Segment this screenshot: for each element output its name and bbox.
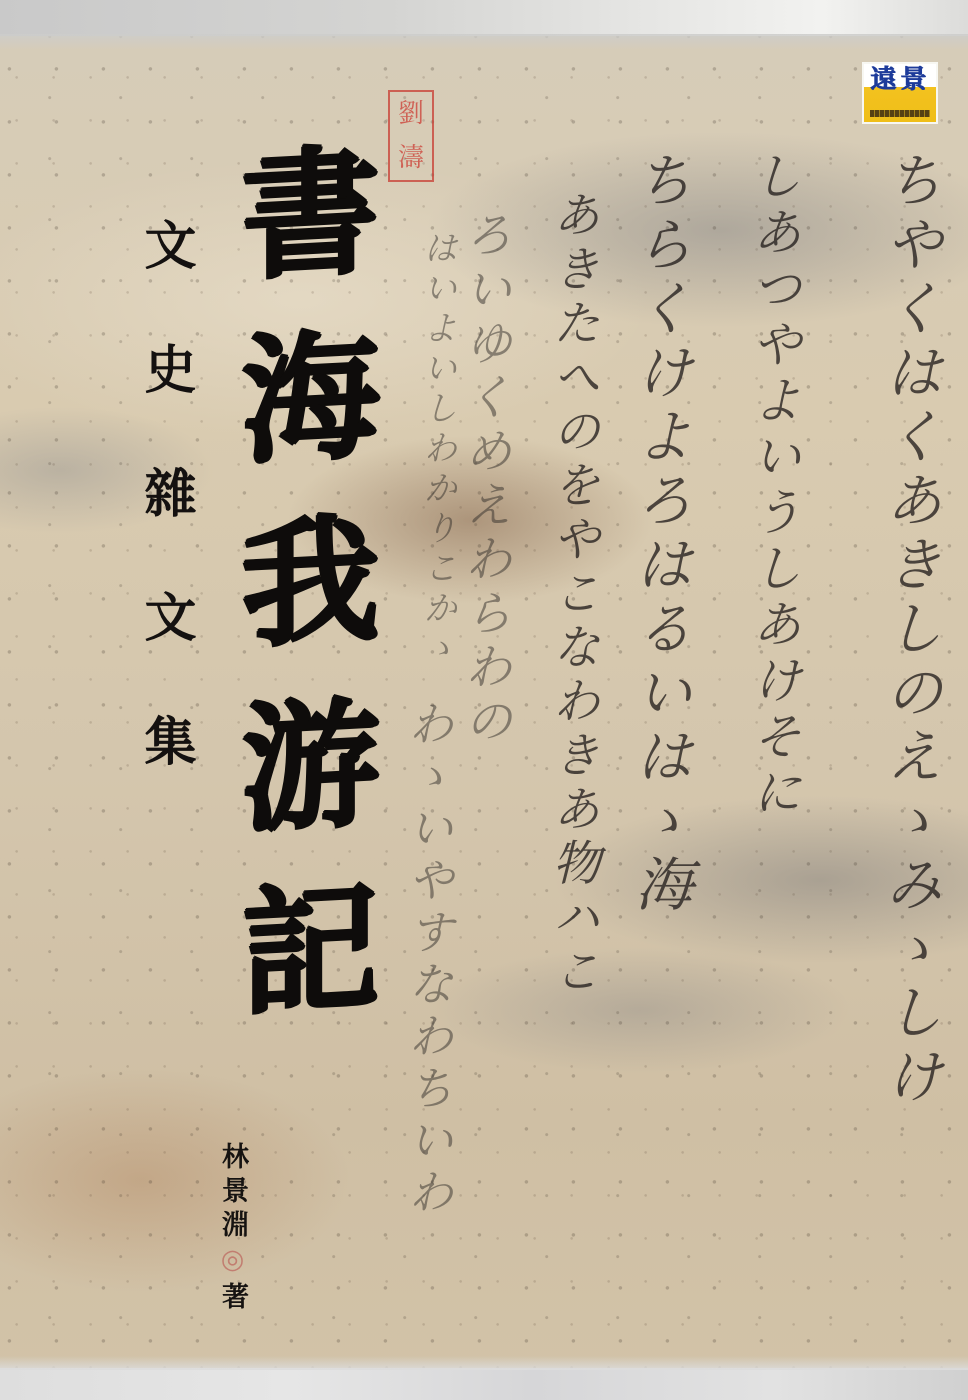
publisher-logo: 遠景 bbox=[864, 64, 936, 122]
red-seal-stamp: 劉 濤 bbox=[388, 90, 434, 182]
seal-char: 濤 bbox=[398, 145, 424, 171]
author-suffix: 著 bbox=[217, 1282, 248, 1316]
seal-char: 劉 bbox=[398, 101, 424, 127]
publisher-name: 遠景 bbox=[864, 67, 936, 93]
author-name: 林景淵 bbox=[217, 1142, 248, 1244]
book-title: 書海我游記 bbox=[208, 138, 368, 1066]
author-mark: ◎ bbox=[217, 1244, 248, 1282]
background-script-column: ろいゆくめえわらわの bbox=[460, 210, 508, 750]
publisher-tagline-strip bbox=[870, 110, 930, 117]
book-subtitle: 文史雜文集 bbox=[131, 218, 191, 838]
book-cover: ちやくはくあきしのえゝみゝしけ しあつやよいうしあけそに ちらくけよろはるいはゝ… bbox=[0, 0, 968, 1400]
background-script-column: はいよいしわかりこかゝ bbox=[420, 230, 454, 670]
background-script-column: あきたへのをやこなわきあ物ハこ bbox=[548, 190, 596, 1000]
top-border bbox=[0, 0, 968, 36]
author-credit: 林景淵◎著 bbox=[206, 1142, 246, 1316]
background-script-column: わゝいやすなわちいわ bbox=[405, 700, 451, 1220]
bottom-border bbox=[0, 1368, 968, 1400]
background-script-column: ちやくはくあきしのえゝみゝしけ bbox=[880, 150, 938, 1110]
background-script-column: ちらくけよろはるいはゝ海 bbox=[630, 150, 688, 918]
background-script-column: しあつやよいうしあけそに bbox=[748, 150, 798, 822]
